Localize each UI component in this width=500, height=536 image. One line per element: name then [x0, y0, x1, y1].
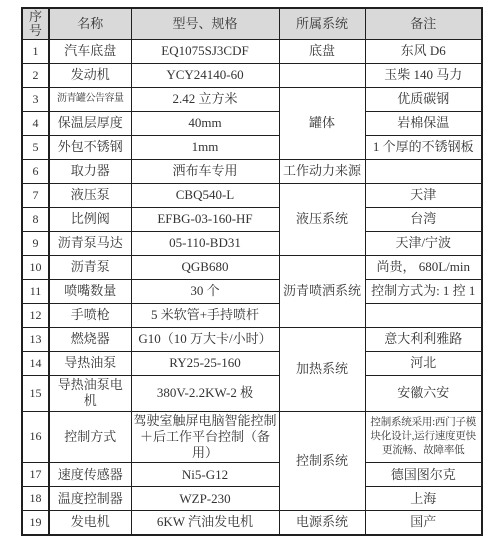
name-cell: 取力器	[49, 160, 131, 184]
spec-cell: 1mm	[131, 136, 279, 160]
spec-cell: 2.42 立方米	[131, 88, 279, 112]
header-cell: 序号	[22, 8, 49, 40]
table-row: 2发动机YCY24140-60玉柴 140 马力	[22, 64, 482, 88]
row-number-cell: 12	[22, 304, 49, 328]
spec-table: 序号名称型号、规格所属系统备注 1汽车底盘EQ1075SJ3CDF底盘东风 D6…	[21, 7, 483, 536]
row-number-cell: 3	[22, 88, 49, 112]
remark-cell: 尚贵， 680L/min	[365, 256, 482, 280]
row-number-cell: 13	[22, 328, 49, 352]
remark-cell: 天津/宁波	[365, 232, 482, 256]
table-row: 7液压泵CBQ540-L液压系统天津	[22, 184, 482, 208]
table-row: 10沥青泵QGB680沥青喷洒系统尚贵， 680L/min	[22, 256, 482, 280]
table-row: 17速度传感器Ni5-G12德国图尔克	[22, 463, 482, 487]
spec-table-container: 序号名称型号、规格所属系统备注 1汽车底盘EQ1075SJ3CDF底盘东风 D6…	[21, 7, 483, 536]
spec-cell: CBQ540-L	[131, 184, 279, 208]
remark-cell: 控制系统采用:西门子模块化设计,运行速度更快更流畅、故障率低	[365, 411, 482, 463]
system-cell	[279, 64, 365, 88]
spec-cell: QGB680	[131, 256, 279, 280]
row-number-cell: 11	[22, 280, 49, 304]
remark-cell: 东风 D6	[365, 40, 482, 64]
header-cell: 所属系统	[279, 8, 365, 40]
remark-cell: 意大利利雅路	[365, 328, 482, 352]
spec-cell: 380V-2.2KW-2 极	[131, 376, 279, 412]
table-row: 14导热油泵RY25-25-160河北	[22, 352, 482, 376]
spec-cell: 5 米软管+手持喷杆	[131, 304, 279, 328]
row-number-cell: 15	[22, 376, 49, 412]
table-body: 1汽车底盘EQ1075SJ3CDF底盘东风 D62发动机YCY24140-60玉…	[22, 40, 482, 535]
name-cell: 发电机	[49, 511, 131, 535]
spec-cell: G10（10 万大卡/小时）	[131, 328, 279, 352]
remark-cell: 1 个厚的不锈钢板	[365, 136, 482, 160]
row-number-cell: 9	[22, 232, 49, 256]
name-cell: 外包不锈钢	[49, 136, 131, 160]
system-cell: 加热系统	[279, 328, 365, 412]
name-cell: 控制方式	[49, 411, 131, 463]
system-cell: 液压系统	[279, 184, 365, 256]
row-number-cell: 2	[22, 64, 49, 88]
table-header-row: 序号名称型号、规格所属系统备注	[22, 8, 482, 40]
remark-cell: 台湾	[365, 208, 482, 232]
remark-cell: 国产	[365, 511, 482, 535]
row-number-cell: 7	[22, 184, 49, 208]
remark-cell: 优质碳钢	[365, 88, 482, 112]
header-cell: 名称	[49, 8, 131, 40]
name-cell: 手喷枪	[49, 304, 131, 328]
table-row: 8比例阀EFBG-03-160-HF台湾	[22, 208, 482, 232]
row-number-cell: 14	[22, 352, 49, 376]
remark-cell	[365, 160, 482, 184]
name-cell: 沥青泵马达	[49, 232, 131, 256]
remark-cell: 玉柴 140 马力	[365, 64, 482, 88]
name-cell: 沥青泵	[49, 256, 131, 280]
remark-cell: 德国图尔克	[365, 463, 482, 487]
spec-cell: 洒布车专用	[131, 160, 279, 184]
table-row: 15导热油泵电机380V-2.2KW-2 极安徽六安	[22, 376, 482, 412]
name-cell: 导热油泵电机	[49, 376, 131, 412]
header-cell: 备注	[365, 8, 482, 40]
table-row: 5外包不锈钢1mm1 个厚的不锈钢板	[22, 136, 482, 160]
row-number-cell: 17	[22, 463, 49, 487]
table-row: 19发电机6KW 汽油发电机电源系统国产	[22, 511, 482, 535]
spec-cell: WZP-230	[131, 487, 279, 511]
table-row: 16控制方式驾驶室触屏电脑智能控制 ＋后工作平台控制（备用）控制系统控制系统采用…	[22, 411, 482, 463]
spec-cell: RY25-25-160	[131, 352, 279, 376]
remark-cell: 河北	[365, 352, 482, 376]
name-cell: 液压泵	[49, 184, 131, 208]
table-header: 序号名称型号、规格所属系统备注	[22, 8, 482, 40]
remark-cell: 天津	[365, 184, 482, 208]
remark-cell: 安徽六安	[365, 376, 482, 412]
system-cell: 底盘	[279, 40, 365, 64]
spec-cell: 30 个	[131, 280, 279, 304]
name-cell: 燃烧器	[49, 328, 131, 352]
spec-cell: EFBG-03-160-HF	[131, 208, 279, 232]
remark-cell: 上海	[365, 487, 482, 511]
system-cell: 沥青喷洒系统	[279, 256, 365, 328]
system-cell: 控制系统	[279, 411, 365, 511]
row-number-cell: 18	[22, 487, 49, 511]
name-cell: 速度传感器	[49, 463, 131, 487]
name-cell: 比例阀	[49, 208, 131, 232]
system-cell: 工作动力来源	[279, 160, 365, 184]
table-row: 1汽车底盘EQ1075SJ3CDF底盘东风 D6	[22, 40, 482, 64]
row-number-cell: 1	[22, 40, 49, 64]
spec-cell: YCY24140-60	[131, 64, 279, 88]
row-number-cell: 6	[22, 160, 49, 184]
spec-cell: 40mm	[131, 112, 279, 136]
name-cell: 沥青罐公告容量	[49, 88, 131, 112]
row-number-cell: 10	[22, 256, 49, 280]
name-cell: 喷嘴数量	[49, 280, 131, 304]
row-number-cell: 16	[22, 411, 49, 463]
row-number-cell: 19	[22, 511, 49, 535]
remark-cell: 控制方式为: 1 控 1	[365, 280, 482, 304]
spec-cell: 05-110-BD31	[131, 232, 279, 256]
row-number-cell: 4	[22, 112, 49, 136]
remark-cell: 岩棉保温	[365, 112, 482, 136]
row-number-cell: 8	[22, 208, 49, 232]
table-row: 9沥青泵马达05-110-BD31天津/宁波	[22, 232, 482, 256]
name-cell: 发动机	[49, 64, 131, 88]
table-row: 12手喷枪5 米软管+手持喷杆	[22, 304, 482, 328]
table-row: 11喷嘴数量30 个控制方式为: 1 控 1	[22, 280, 482, 304]
header-cell: 型号、规格	[131, 8, 279, 40]
table-row: 4保温层厚度40mm岩棉保温	[22, 112, 482, 136]
spec-cell: EQ1075SJ3CDF	[131, 40, 279, 64]
system-cell: 电源系统	[279, 511, 365, 535]
table-row: 18温度控制器WZP-230上海	[22, 487, 482, 511]
name-cell: 温度控制器	[49, 487, 131, 511]
remark-cell	[365, 304, 482, 328]
table-row: 3沥青罐公告容量2.42 立方米罐体优质碳钢	[22, 88, 482, 112]
table-row: 13燃烧器G10（10 万大卡/小时）加热系统意大利利雅路	[22, 328, 482, 352]
name-cell: 保温层厚度	[49, 112, 131, 136]
spec-cell: 驾驶室触屏电脑智能控制 ＋后工作平台控制（备用）	[131, 411, 279, 463]
name-cell: 导热油泵	[49, 352, 131, 376]
row-number-cell: 5	[22, 136, 49, 160]
table-row: 6取力器洒布车专用工作动力来源	[22, 160, 482, 184]
name-cell: 汽车底盘	[49, 40, 131, 64]
system-cell: 罐体	[279, 88, 365, 160]
spec-cell: 6KW 汽油发电机	[131, 511, 279, 535]
spec-cell: Ni5-G12	[131, 463, 279, 487]
